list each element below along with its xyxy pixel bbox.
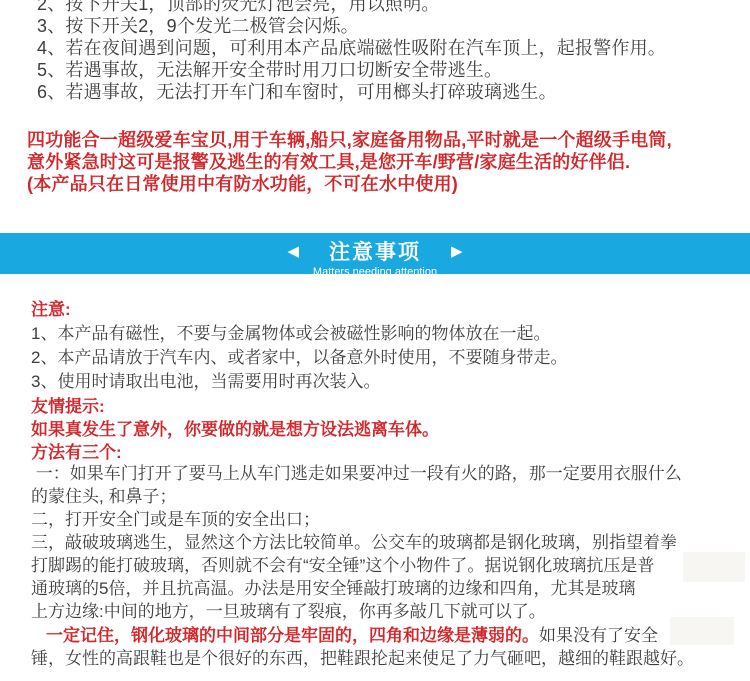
method-line: 上方边缘:中间的地方，一旦玻璃有了裂痕，你再多敲几下就可以了。 <box>31 600 743 623</box>
friendly-tips: 友情提示: 如果真发生了意外，你要做的就是想方设法逃离车体。 方法有三个: <box>31 395 731 464</box>
watermark-artifact <box>683 552 745 582</box>
method-line: 的蒙住头, 和鼻子； <box>31 485 743 508</box>
banner-title: 注意事项 <box>329 236 421 266</box>
watermark-artifact <box>670 617 734 645</box>
instruction-line: 5、若遇事故，无法解开安全带时用刀口切断安全带逃生。 <box>37 59 737 81</box>
banner-title-row: ◀ 注意事项 ▶ <box>0 233 750 266</box>
notice-item: 3、使用时请取出电池，当需要用时再次装入。 <box>31 370 731 394</box>
notice-item: 2、本产品请放于汽车内、或者家中，以备意外时使用，不要随身带走。 <box>31 346 731 370</box>
summary-line: (本产品只在日常使用中有防水功能，不可在水中使用) <box>27 173 737 195</box>
warning-line: 锤，女性的高跟鞋也是个很好的东西，把鞋跟抡起来使足了力气砸吧，越细的鞋跟越好。 <box>31 647 743 670</box>
final-warning: 一定记住，钢化玻璃的中间部分是牢固的，四角和边缘是薄弱的。如果没有了安全 锤，女… <box>31 624 743 670</box>
product-detail-page: 2、按下开关1，顶部的荧光灯泡会亮，用以照明。 3、按下开关2，9个发光二极管会… <box>0 0 750 681</box>
left-arrow-icon: ◀ <box>287 241 299 262</box>
usage-instructions-list: 2、按下开关1，顶部的荧光灯泡会亮，用以照明。 3、按下开关2，9个发光二极管会… <box>37 0 737 103</box>
tips-line: 友情提示: <box>31 395 731 418</box>
product-summary: 四功能合一超级爱车宝贝,用于车辆,船只,家庭备用物品,平时就是一个超级手电筒, … <box>27 129 737 195</box>
banner-subtitle: Matters needing attention <box>0 266 750 279</box>
notes-section-banner: ◀ 注意事项 ▶ Matters needing attention <box>0 233 750 274</box>
instruction-line: 3、按下开关2，9个发光二极管会闪烁。 <box>37 15 737 37</box>
warning-line: 一定记住，钢化玻璃的中间部分是牢固的，四角和边缘是薄弱的。如果没有了安全 <box>31 624 743 647</box>
instruction-line: 6、若遇事故，无法打开车门和车窗时，可用榔头打碎玻璃逃生。 <box>37 81 737 103</box>
tips-line: 如果真发生了意外，你要做的就是想方设法逃离车体。 <box>31 418 731 441</box>
warning-black-text: 如果没有了安全 <box>539 626 658 645</box>
warning-red-text: 一定记住，钢化玻璃的中间部分是牢固的，四角和边缘是薄弱的。 <box>31 626 539 645</box>
method-line: 一：如果车门打开了要马上从车门逃走如果要冲过一段有火的路，那一定要用衣服什么 <box>31 462 743 485</box>
summary-line: 四功能合一超级爱车宝贝,用于车辆,船只,家庭备用物品,平时就是一个超级手电筒, <box>27 129 737 151</box>
method-line: 通玻璃的5倍，并且抗高温。办法是用安全锤敲打玻璃的边缘和四角，尤其是玻璃 <box>31 577 743 600</box>
notice-heading: 注意: <box>31 298 731 322</box>
instruction-line: 4、若在夜间遇到问题，可利用本产品底端磁性吸附在汽车顶上，起报警作用。 <box>37 37 737 59</box>
tips-line: 方法有三个: <box>31 441 731 464</box>
escape-methods: 一：如果车门打开了要马上从车门逃走如果要冲过一段有火的路，那一定要用衣服什么 的… <box>31 462 743 623</box>
right-arrow-icon: ▶ <box>451 241 463 262</box>
method-line: 打脚踢的能打破玻璃，否则就不会有“安全锤”这个小物件了。据说钢化玻璃抗压是普 <box>31 554 743 577</box>
instruction-line: 2、按下开关1，顶部的荧光灯泡会亮，用以照明。 <box>37 0 737 15</box>
notice-list: 注意: 1、本产品有磁性，不要与金属物体或会被磁性影响的物体放在一起。 2、本产… <box>31 298 731 394</box>
summary-line: 意外紧急时这可是报警及逃生的有效工具,是您开车/野营/家庭生活的好伴侣. <box>27 151 737 173</box>
method-line: 二，打开安全门或是车顶的安全出口； <box>31 508 743 531</box>
method-line: 三，敲破玻璃逃生，显然这个方法比较简单。公交车的玻璃都是钢化玻璃，别指望着拳 <box>31 531 743 554</box>
notice-item: 1、本产品有磁性，不要与金属物体或会被磁性影响的物体放在一起。 <box>31 322 731 346</box>
